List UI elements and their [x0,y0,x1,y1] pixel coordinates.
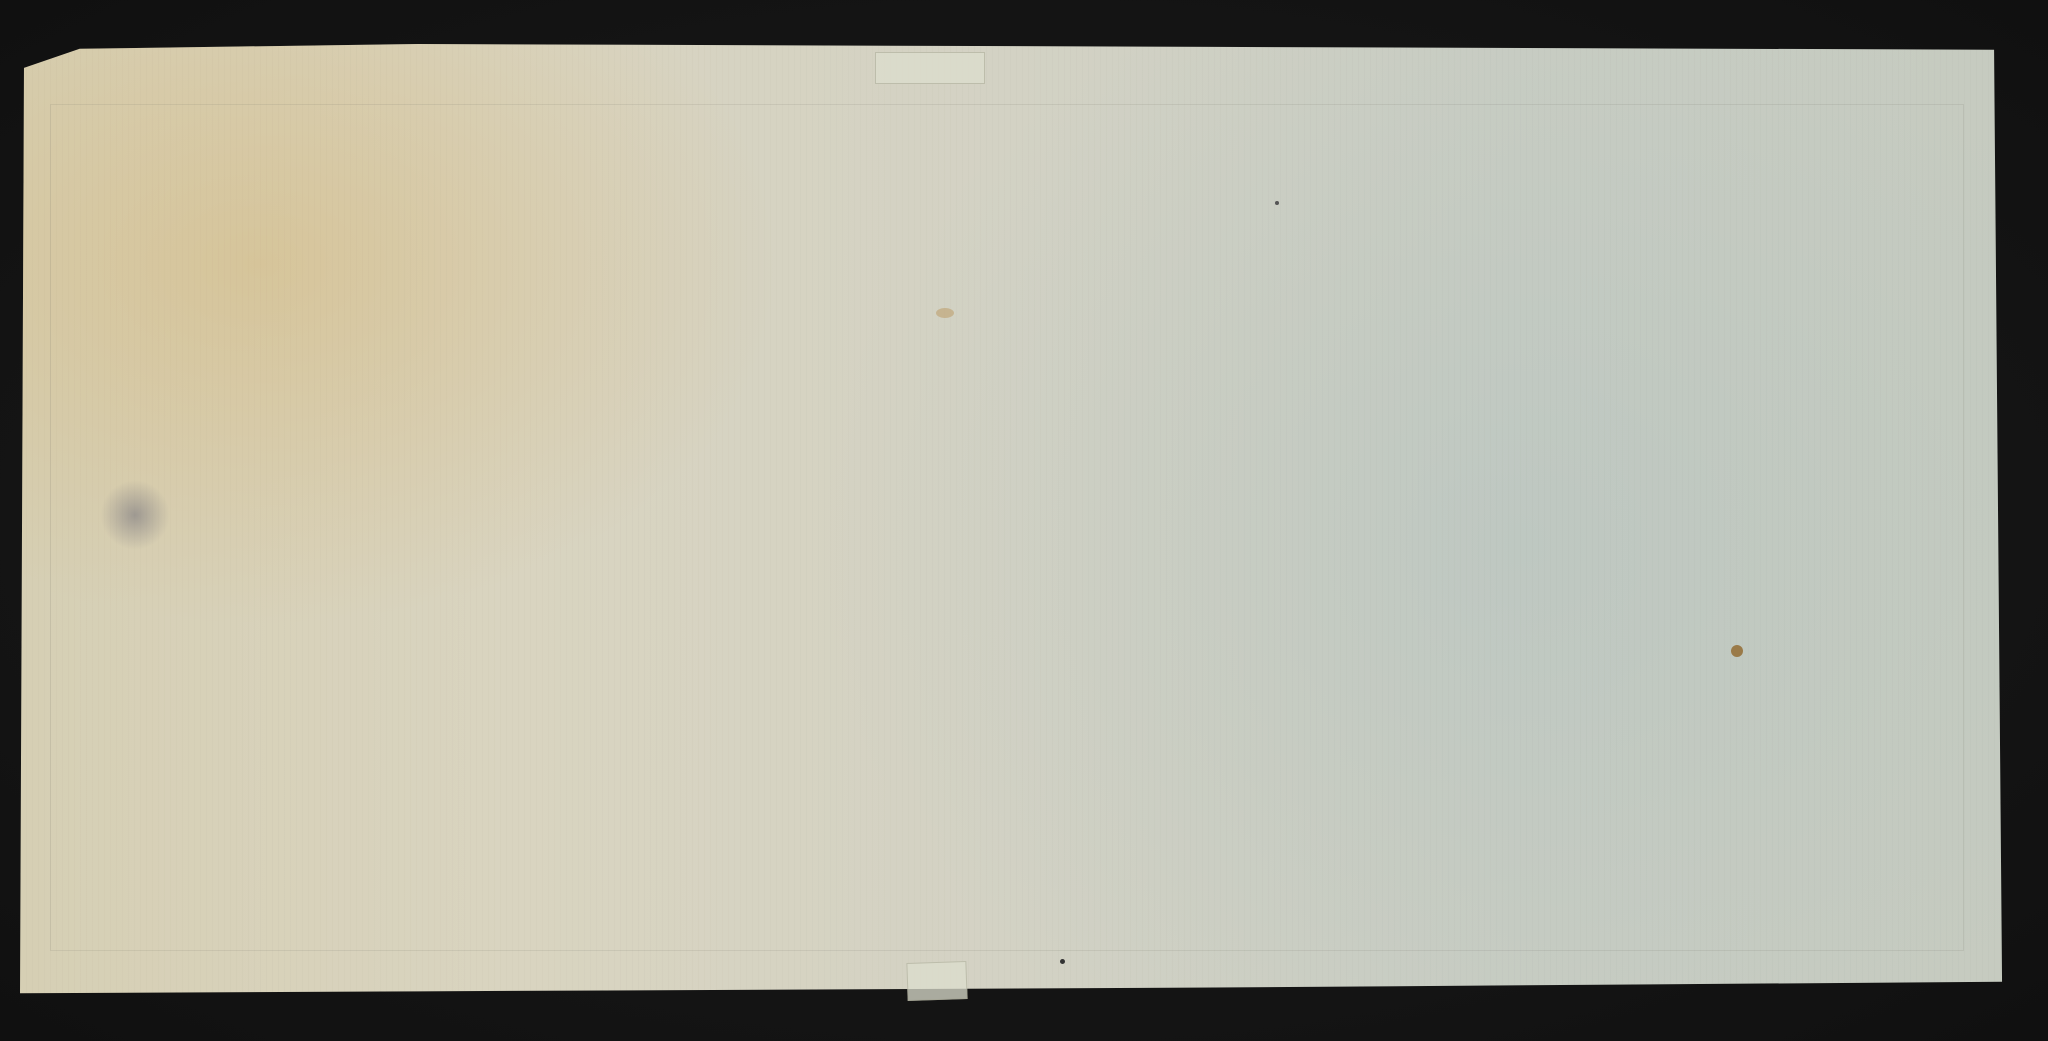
tape-piece-top [875,52,985,84]
ink-smudge [100,480,170,550]
photo-scene [0,0,2048,1041]
dust-speck [1275,201,1279,205]
tape-piece-bottom [906,961,967,1001]
foxing-spot [1731,645,1743,657]
stain-spot [936,308,954,318]
paper-sheet [20,44,2010,999]
faint-plate-mark [50,104,1964,951]
dust-speck [1060,959,1065,964]
